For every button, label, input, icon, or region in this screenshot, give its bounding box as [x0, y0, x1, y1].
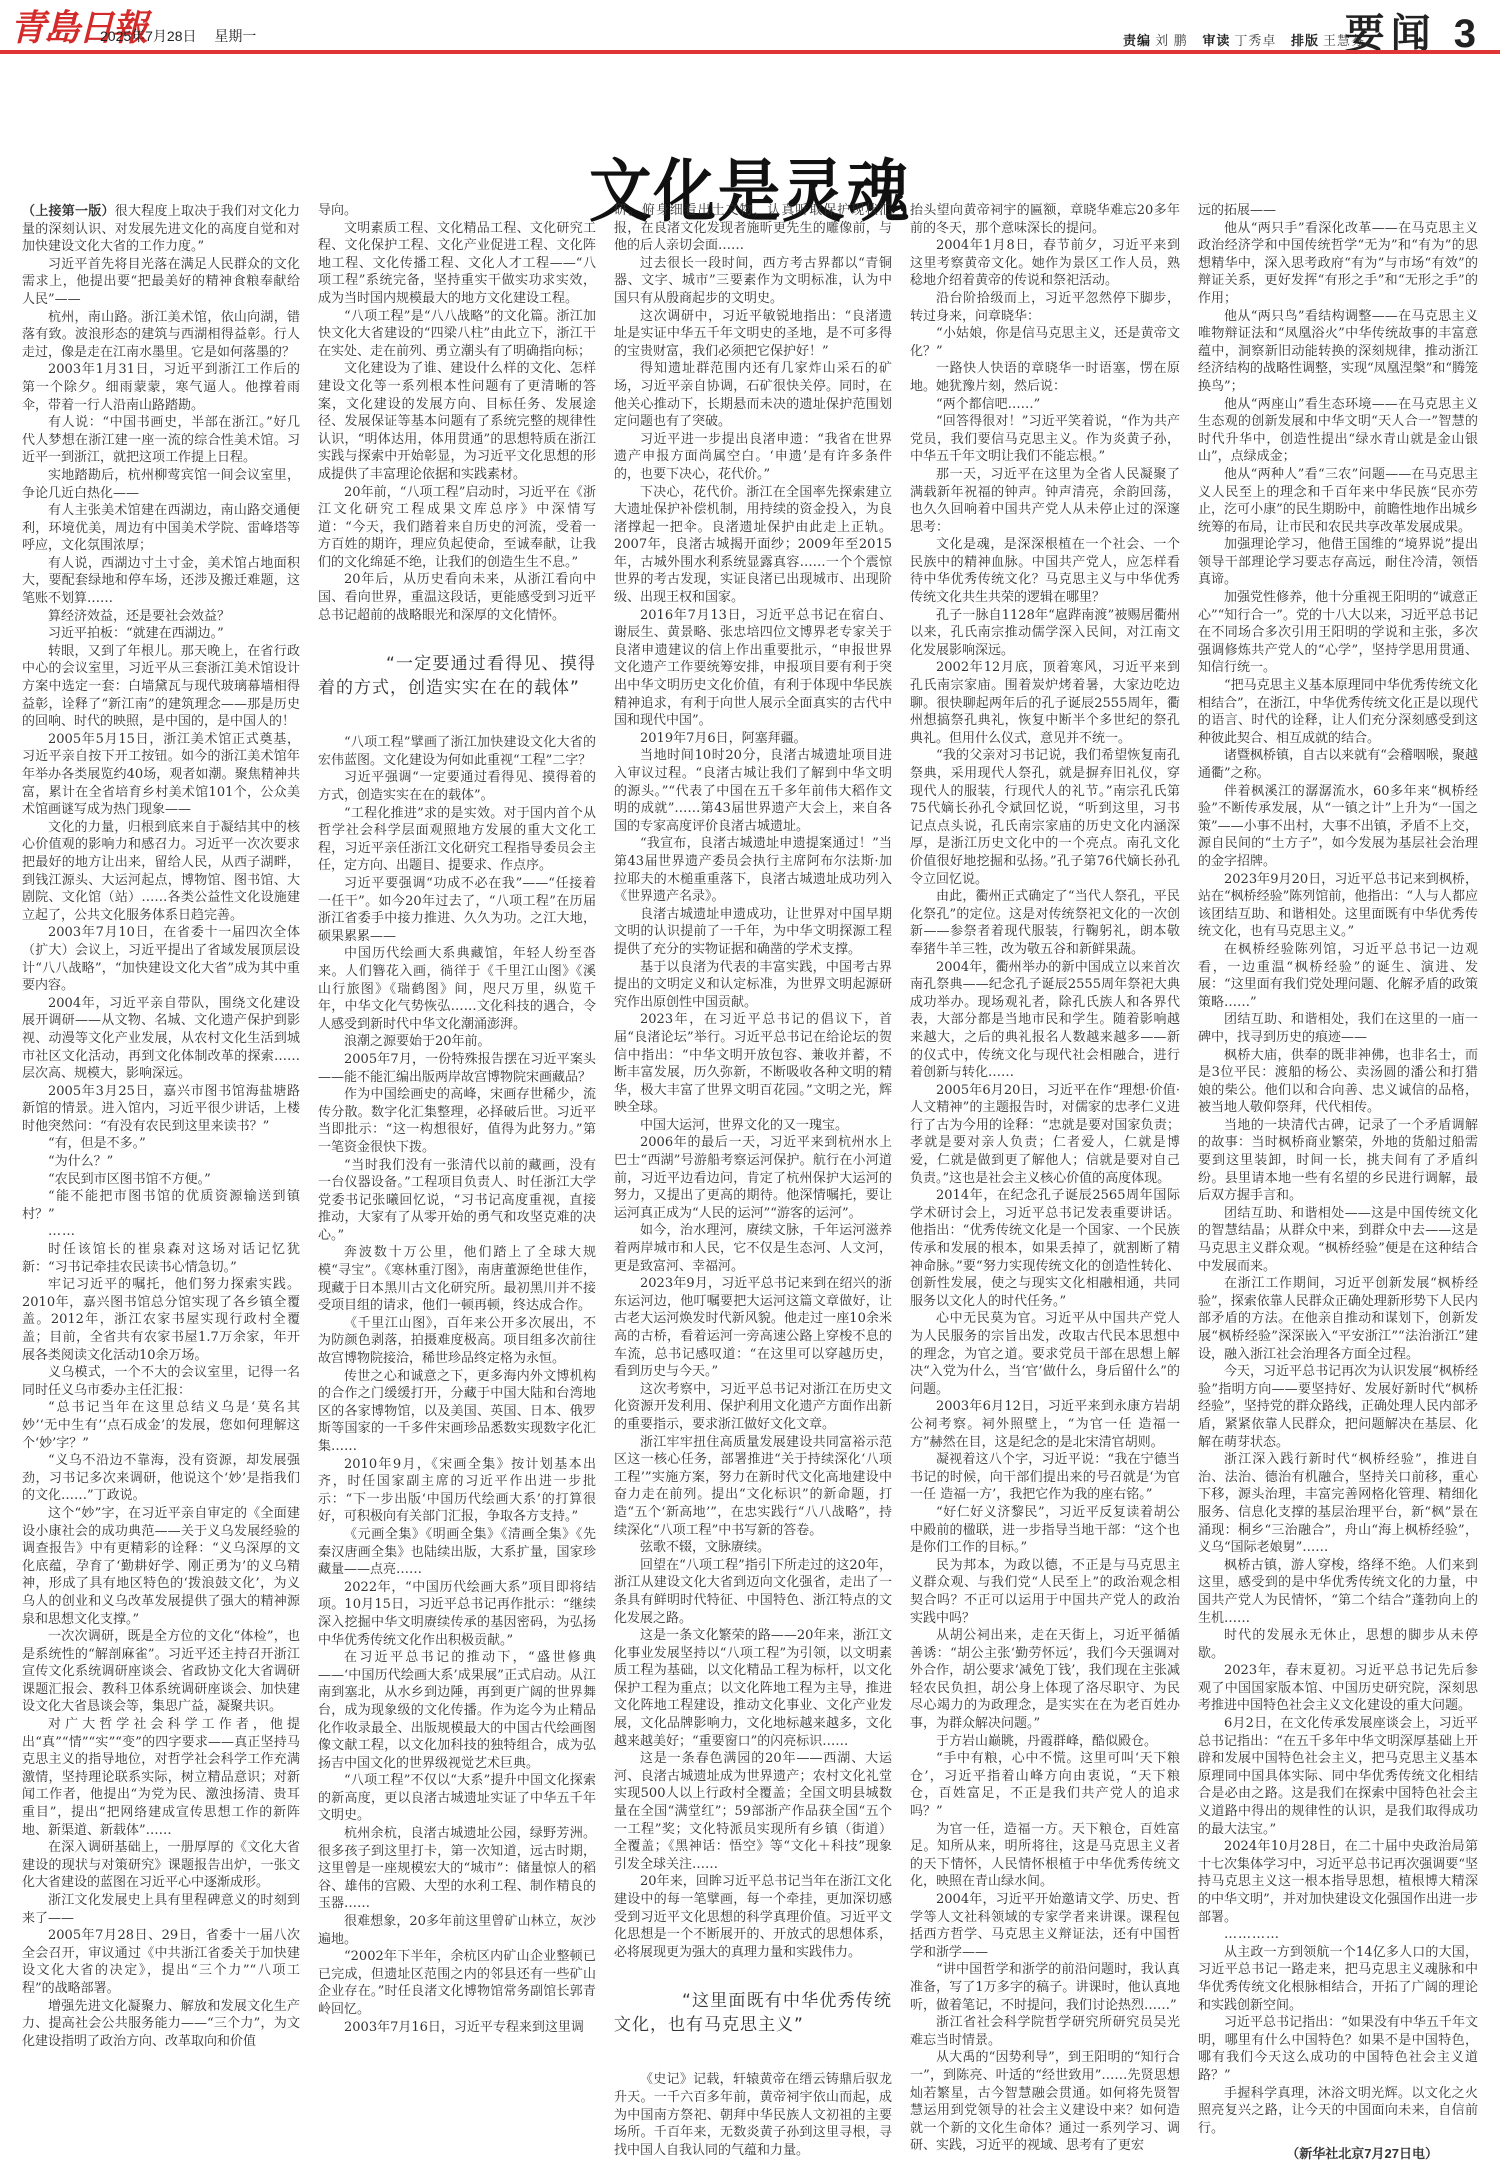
article-paragraph: “回答得很对！”习近平笑着说，“作为共产党员，我们要信马克思主义。作为炎黄子孙，…: [910, 413, 1180, 466]
article-paragraph: “把马克思主义基本原理同中华优秀传统文化相结合”，在浙江，中华优秀传统文化正是以…: [1198, 677, 1478, 747]
article-paragraph: 加强理论学习，他借王国维的“境界说”提出领导干部理论学习要志存高远，耐住冷清，领…: [1198, 536, 1478, 589]
article-paragraph: 习近平强调“一定要通过看得见、摸得着的方式，创造实实在在的载体”。: [318, 769, 596, 804]
article-paragraph: 这次考察中，习近平总书记对浙江在历史文化资源开发利用、保护利用文化遗产方面作出新…: [614, 1381, 892, 1434]
article-paragraph: 2024年10月28日，在二十届中央政治局第十七次集体学习中，习近平总书记再次强…: [1198, 1838, 1478, 1926]
article-paragraph: 孔子一脉自1128年“扈跸南渡”被赐居衢州以来，孔氏南宗推动儒学深入民间，对江南…: [910, 607, 1180, 660]
article-paragraph: 他从“两种人”看“三农”问题——在马克思主义人民至上的理念和千百年来中华民族“民…: [1198, 466, 1478, 536]
article-paragraph: 算经济效益，还是要社会效益？: [22, 608, 300, 626]
article-paragraph: 在浙江工作期间，习近平创新发展“枫桥经验”，探索依靠人民群众正确处理新形势下人民…: [1198, 1275, 1478, 1363]
article-paragraph: 今天，习近平总书记再次为认识发展“枫桥经验”指明方向——要坚持好、发展好新时代“…: [1198, 1363, 1478, 1451]
article-paragraph: 《元画全集》《明画全集》《清画全集》《先秦汉唐画全集》也陆续出版，大系扩量，国家…: [318, 1526, 596, 1579]
article-paragraph: 加强党性修养，他十分重视王阳明的“诚意正心”“知行合一”。党的十八大以来，习近平…: [1198, 589, 1478, 677]
article-paragraph: 很难想象，20多年前这里曾矿山林立，灰沙遍地。: [318, 1913, 596, 1948]
article-paragraph: “农民到市区图书馆不方便。”: [22, 1171, 300, 1189]
article-paragraph: 对广大哲学社会科学工作者，他提出“真”“情”“实”“变”的四字要求——真正坚持马…: [22, 1716, 300, 1839]
article-paragraph: “工程化推进”求的是实效。对于国内首个从哲学社会科学层面观照地方发展的重大文化工…: [318, 805, 596, 875]
article-column-4: 抬头望向黄帝祠宇的匾额，章晓华难忘20多年前的冬天，那个意味深长的提问。2004…: [910, 202, 1180, 2155]
article-paragraph: “两个都信吧……”: [910, 396, 1180, 414]
article-paragraph: 伴着枫溪江的潺潺流水，60多年来“枫桥经验”不断传承发展，从“一镇之计”上升为“…: [1198, 783, 1478, 871]
article-paragraph: 实地踏勘后，杭州柳莺宾馆一间会议室里，争论几近白热化——: [22, 467, 300, 502]
article-paragraph: 2005年6月20日，习近平在作“理想·价值·人文精神”的主题报告时，对儒家的忠…: [910, 1082, 1180, 1188]
article-paragraph: 团结互助、和谐相处——这是中国传统文化的智慧结晶；从群众中来，到群众中去——这是…: [1198, 1205, 1478, 1275]
article-paragraph: 从胡公祠出来，走在天街上，习近平循循善诱：“胡公主张‘勤劳怀远’，我们今天强调对…: [910, 1627, 1180, 1733]
article-paragraph: 手握科学真理，沐浴文明光辉。以文化之火照亮复兴之路，让今天的中国面向未来，自信前…: [1198, 2085, 1478, 2138]
article-paragraph: 如今，治水理河，赓续文脉，千年运河滋养着两岸城市和人民，它不仅是生态河、人文河，…: [614, 1222, 892, 1275]
article-paragraph: 由此，衢州正式确定了“当代人祭孔，平民化祭孔”的定位。这是对传统祭祀文化的一次创…: [910, 888, 1180, 958]
article-paragraph: 一次次调研，既是全方位的文化“体检”，也是系统性的“解剖麻雀”。习近平还主持召开…: [22, 1628, 300, 1716]
article-paragraph: “八项工程”不仅以“大系”提升中国文化探索的新高度，更以良渚古城遗址实证了中华五…: [318, 1772, 596, 1825]
article-paragraph: “我宣布，良渚古城遗址申遗提案通过！”当第43届世界遗产委员会执行主席阿布尔法斯…: [614, 835, 892, 905]
article-paragraph: 习近平进一步提出良渚申遗：“我省在世界遗产申报方面尚属空白。‘申遗’是有许多条件…: [614, 431, 892, 484]
article-paragraph: 《史记》记载，轩辕黄帝在缙云铸鼎后驭龙升天。一千六百多年前，黄帝祠宇依山而起，成…: [614, 2071, 892, 2159]
article-paragraph: 文化建设为了谁、建设什么样的文化、怎样建设文化等一系列根本性问题有了更清晰的答案…: [318, 360, 596, 483]
masthead-divider: [0, 50, 1500, 54]
article-paragraph: 浙江深入践行新时代“枫桥经验”，推进自治、法治、德治有机融合，坚持关口前移，重心…: [1198, 1451, 1478, 1557]
article-paragraph: 2019年7月6日，阿塞拜疆。: [614, 730, 892, 748]
article-paragraph: 杭州，南山路。浙江美术馆，依山向湖，错落有致。波浪形态的建筑与西湖相得益彰。行人…: [22, 309, 300, 362]
article-paragraph: “八项工程”是“八八战略”的文化篇。浙江加快文化大省建设的“四梁八柱”由此立下，…: [318, 308, 596, 361]
article-paragraph: “义乌不沿边不靠海，没有资源，却发展强劲，习书记多次来调研，他说这个‘妙’是指我…: [22, 1452, 300, 1505]
article-paragraph: 这是一条春色满园的20年——西湖、大运河、良渚古城遗址成为世界遗产；农村文化礼堂…: [614, 1750, 892, 1873]
article-paragraph: 团结互助、和谐相处，我们在这里的一庙一碑中，找寻到历史的痕迹——: [1198, 1011, 1478, 1046]
masthead: 青島日報 2025年7月28日 星期一 责编刘 鹏 审读丁秀卓 排版王慧芬 要闻…: [0, 0, 1500, 52]
article-paragraph: 弦歌不辍，文脉赓续。: [614, 1539, 892, 1557]
article-paragraph: 2023年，春末夏初。习近平总书记先后参观了中国国家版本馆、中国历史研究院，深刻…: [1198, 1662, 1478, 1715]
article-paragraph: 2003年6月12日，习近平来到永康方岩胡公祠考察。祠外照壁上，“为官一任 造福…: [910, 1398, 1180, 1451]
article-paragraph: 中国大运河，世界文化的又一瑰宝。: [614, 1117, 892, 1135]
article-paragraph: 为官一任，造福一方。天下粮仓，百姓富足。知所从来，明所将往，这是马克思主义者的天…: [910, 1821, 1180, 1891]
article-paragraph: 习近平要强调“功成不必在我”——“任接着一任干”。如今20年过去了，“八项工程”…: [318, 875, 596, 945]
article-paragraph: （上接第一版）很大程度上取决于我们对文化力量的深刻认识、对发展先进文化的高度自觉…: [22, 202, 300, 256]
credit-label: 审读: [1202, 33, 1230, 48]
article-paragraph: 2006年的最后一天，习近平来到杭州水上巴士“西湖”号游船考察运河保护。航行在小…: [614, 1134, 892, 1222]
issue-date: 2025年7月28日: [100, 28, 197, 44]
article-paragraph: 2023年9月，习近平总书记来到在绍兴的浙东运河边，他叮嘱要把大运河这篇文章做好…: [614, 1275, 892, 1381]
article-paragraph: 心中无民莫为官。习近平从中国共产党人为人民服务的宗旨出发，改取古代民本思想中的理…: [910, 1310, 1180, 1398]
continued-from-marker: （上接第一版）: [22, 203, 115, 218]
article-paragraph: 基于以良渚为代表的丰富实践，中国考古界提出的文明定义和认定标准，为世界文明起源研…: [614, 959, 892, 1012]
article-paragraph: 在深入调研基础上，一册厚厚的《文化大省建设的现状与对策研究》课题报告出炉，一张文…: [22, 1839, 300, 1892]
article-paragraph: 6月2日，在文化传承发展座谈会上，习近平总书记指出：“在五千多年中华文明深厚基础…: [1198, 1715, 1478, 1838]
article-paragraph: 2014年，在纪念孔子诞辰2565周年国际学术研讨会上，习近平总书记发表重要讲话…: [910, 1187, 1180, 1310]
article-paragraph: 2002年12月底，顶着寒风，习近平来到孔氏南宗家庙。围着炭炉烤着暑，大家边吃边…: [910, 659, 1180, 747]
article-paragraph: 浙江牢牢扭住高质量发展建设共同富裕示范区这一核心任务，部署推进“关于持续深化‘八…: [614, 1434, 892, 1540]
article-paragraph: 回望在“八项工程”指引下所走过的这20年，浙江从建设文化大省到迈向文化强省，走出…: [614, 1557, 892, 1627]
article-paragraph: 有人说：“中国书画史，半部在浙江。”好几代人梦想在浙江建一座一流的综合性美术馆。…: [22, 414, 300, 467]
article-paragraph: 2022年，“中国历代绘画大系”项目即将结项。10月15日，习近平总书记再作批示…: [318, 1579, 596, 1649]
credit-name: 丁秀卓: [1234, 33, 1276, 48]
section-subheading: “一定要通过看得见、摸得着的方式，创造实实在在的载体”: [318, 652, 596, 700]
article-paragraph: 浙江文化发展史上具有里程碑意义的时刻到来了——: [22, 1892, 300, 1927]
article-paragraph: 时任该馆长的崔泉森对这场对话记忆犹新：“习书记牵挂农民读书心情急切。”: [22, 1241, 300, 1276]
article-paragraph: 2005年7月，一份特殊报告摆在习近平案头——能不能汇编出版两岸故宫博物院宋画藏…: [318, 1051, 596, 1086]
article-paragraph: 下决心，花代价。浙江在全国率先探索建立大遗址保护补偿机制，用持续的资金投入，为良…: [614, 484, 892, 607]
article-paragraph: 2004年，习近平亲自带队，围绕文化建设展开调研——从文物、名城、文化遗产保护到…: [22, 995, 300, 1083]
article-paragraph: 过去很长一段时间，西方考古界都以“青铜器、文字、城市”三要素作为文明标准，认为中…: [614, 255, 892, 308]
article-paragraph: 在习近平总书记的推动下，“盛世修典——‘中国历代绘画大系’成果展”正式启动。从江…: [318, 1649, 596, 1772]
article-paragraph: 沿台阶拾级而上，习近平忽然停下脚步，转过身来，问章晓华：: [910, 290, 1180, 325]
article-paragraph: 在枫桥经验陈列馆，习近平总书记一边观看，一边重温“枫桥经验”的诞生、演进、发展：…: [1198, 941, 1478, 1011]
article-paragraph: 民为邦本，为政以德，不正是与马克思主义群众观、与我们党“人民至上”的政治观念相契…: [910, 1557, 1180, 1627]
article-paragraph: 有人说，西湖边寸土寸金，美术馆占地面积大，要配套绿地和停车场，还涉及搬迁难题，这…: [22, 555, 300, 608]
dateline: 2025年7月28日 星期一: [100, 26, 270, 46]
article-paragraph: 浙江省社会科学院哲学研究所研究员吴光难忘当时情景。: [910, 2014, 1180, 2049]
article-paragraph: 2010年9月，《宋画全集》按计划基本出齐，时任国家副主席的习近平作出进一步批示…: [318, 1456, 596, 1526]
article-paragraph: 传世之心和诚意之下，更多海内外文博机构的合作之门缓缓打开，分藏于中国大陆和台湾地…: [318, 1368, 596, 1456]
article-paragraph: 当地时间10时20分，良渚古城遗址项目进入审议过程。“良渚古城让我们了解到中华文…: [614, 747, 892, 835]
article-paragraph: “当时我们没有一张清代以前的藏画，没有一台仪器设备。”工程项目负责人、时任浙江大…: [318, 1157, 596, 1245]
article-paragraph: 习近平拍板：“就建在西湖边。”: [22, 625, 300, 643]
article-paragraph: 抬头望向黄帝祠宇的匾额，章晓华难忘20多年前的冬天，那个意味深长的提问。: [910, 202, 1180, 237]
article-paragraph: 良渚古城遗址申遗成功，让世界对中国早期文明的认识提前了一千年，为中华文明探源工程…: [614, 906, 892, 959]
article-paragraph: 牢记习近平的嘱托，他们努力探索实践。2010年，嘉兴图书馆总分馆实现了各乡镇全覆…: [22, 1276, 300, 1364]
article-paragraph: 导向。: [318, 202, 596, 220]
article-paragraph: 20年前，“八项工程”启动时，习近平在《浙江文化研究工程成果文库总序》中深情写道…: [318, 484, 596, 572]
article-paragraph: 20年后，从历史看向未来，从浙江看向中国、看向世界，重温这段话，更能感受到习近平…: [318, 571, 596, 624]
article-paragraph: 20年来，回眸习近平总书记当年在浙江文化建设中的每一笔擘画，每一个牵挂，更加深切…: [614, 1873, 892, 1961]
article-paragraph: “好仁好义济黎民”，习近平反复读着胡公中殿前的楹联，进一步指导当地干部：“这个也…: [910, 1504, 1180, 1557]
article-paragraph: 2004年1月8日，春节前夕，习近平来到这里考察黄帝文化。她作为景区工作人员，熟…: [910, 237, 1180, 290]
article-paragraph: 2004年，衢州举办的新中国成立以来首次南孔祭典——纪念孔子诞辰2555周年祭祀…: [910, 959, 1180, 1082]
article-paragraph: 义乌模式，一个不大的会议室里，记得一名同时任义乌市委办主任汇报：: [22, 1364, 300, 1399]
article-paragraph: 转眼，又到了年根儿。那天晚上，在省行政中心的会议室里，习近平从三套浙江美术馆设计…: [22, 643, 300, 731]
article-paragraph: 他从“两座山”看生态环境——在马克思主义生态观的创新发展和中华文明“天人合一”智…: [1198, 396, 1478, 466]
article-paragraph: 2005年5月15日，浙江美术馆正式奠基，习近平亲自按下开工按钮。如今的浙江美术…: [22, 731, 300, 819]
article-paragraph: 文明素质工程、文化精品工程、文化研究工程、文化保护工程、文化产业促进工程、文化阵…: [318, 220, 596, 308]
article-column-2: 导向。文明素质工程、文化精品工程、文化研究工程、文化保护工程、文化产业促进工程、…: [318, 202, 596, 2036]
credit-label: 责编: [1123, 33, 1151, 48]
article-paragraph: “有，但是不多。”: [22, 1135, 300, 1153]
article-paragraph: 当地的一块清代古碑，记录了一个矛盾调解的故事：当时枫桥商业繁荣，外地的货船过船需…: [1198, 1117, 1478, 1205]
article-paragraph: 从主政一方到领航一个14亿多人口的大国，习近平总书记一路走来，把马克思主义魂脉和…: [1198, 1944, 1478, 2014]
article-paragraph: 2016年7月13日，习近平总书记在宿白、谢辰生、黄景略、张忠培四位文博界老专家…: [614, 607, 892, 730]
article-paragraph: 凝视着这八个字，习近平说：“我在宁德当书记的时候，向干部们提出来的号召就是‘为官…: [910, 1451, 1180, 1504]
credit-name: 刘 鹏: [1155, 33, 1188, 48]
article-paragraph: 增强先进文化凝聚力、解放和发展文化生产力、提高社会公共服务能力——“三个力”，为…: [22, 1998, 300, 2051]
article-paragraph: 时代的发展永无休止，思想的脚步从未停歇。: [1198, 1627, 1478, 1662]
article-paragraph: 2004年，习近平开始邀请文学、历史、哲学等人文社科领域的专家学者来讲课。课程包…: [910, 1891, 1180, 1961]
section-subheading: “这里面既有中华优秀传统文化，也有马克思主义”: [614, 1989, 892, 2037]
article-paragraph: 他从“两只手”看深化改革——在马克思主义政治经济学和中国传统哲学“无为”和“有为…: [1198, 220, 1478, 308]
article-paragraph: 研。俯身细看出土文物，认真听取保护现状汇报，在良渚文化发现者施昕更先生的雕像前，…: [614, 202, 892, 255]
article-paragraph: “总书记当年在这里总结义乌是‘莫名其妙’‘无中生有’‘点石成金’的发展，您如何理…: [22, 1399, 300, 1452]
article-paragraph: 作为中国绘画史的高峰，宋画存世稀少，流传分散。数字化汇集整理，必择破后世。习近平…: [318, 1086, 596, 1156]
article-paragraph: 2003年1月31日，习近平到浙江工作后的第一个除夕。细雨蒙蒙，寒气逼人。他撑着…: [22, 361, 300, 414]
article-column-3: 研。俯身细看出土文物，认真听取保护现状汇报，在良渚文化发现者施昕更先生的雕像前，…: [614, 202, 892, 2159]
credit-label: 排版: [1291, 33, 1319, 48]
article-paragraph: 2023年9月20日，习近平总书记来到枫桥，站在“枫桥经验”陈列馆前，他指出：“…: [1198, 871, 1478, 941]
article-paragraph: 浪潮之源要始于20年前。: [318, 1033, 596, 1051]
article-paragraph: …………: [1198, 1926, 1478, 1944]
article-column-1: （上接第一版）很大程度上取决于我们对文化力量的深刻认识、对发展先进文化的高度自觉…: [22, 202, 300, 2050]
editor-credits: 责编刘 鹏 审读丁秀卓 排版王慧芬: [1113, 30, 1365, 49]
article-paragraph: ……: [22, 1223, 300, 1241]
article-paragraph: 得知遗址群范围内还有几家炸山采石的矿场，习近平亲自协调，石矿很快关停。同时，在他…: [614, 360, 892, 430]
article-paragraph: 文化的力量，归根到底来自于凝结其中的核心价值观的影响力和感召力。习近平一次次要求…: [22, 819, 300, 925]
article-paragraph: 枫桥古镇，游人穿梭，络绎不绝。人们来到这里，感受到的是中华优秀传统文化的力量，中…: [1198, 1557, 1478, 1627]
article-paragraph: 诸暨枫桥镇，自古以来就有“会稽咽喉，聚越通衢”之称。: [1198, 747, 1478, 782]
article-paragraph: 《千里江山图》，百年来公开多次展出，不为防颜色剥落，拍摄难度极高。项目组多次前往…: [318, 1315, 596, 1368]
article-paragraph: 2003年7月16日，习近平专程来到这里调: [318, 2019, 596, 2037]
article-paragraph: 杭州余杭，良渚古城遗址公园，绿野芳洲。很多孩子到这里打卡，第一次知道，远古时期，…: [318, 1825, 596, 1913]
article-paragraph: 一路快人快语的章晓华一时语塞，愣在原地。她犹豫片刻，然后说：: [910, 360, 1180, 395]
article-paragraph: “小姑娘，你是信马克思主义，还是黄帝文化？”: [910, 325, 1180, 360]
article-paragraph: 他从“两只鸟”看结构调整——在马克思主义唯物辩证法和“凤凰浴火”中华传统故事的丰…: [1198, 308, 1478, 396]
article-paragraph: “手中有粮，心中不慌。这里可叫‘天下粮仓’，习近平指着山峰方向由衷说，“天下粮仓…: [910, 1750, 1180, 1820]
article-paragraph: 远的拓展——: [1198, 202, 1478, 220]
article-paragraph: 于方岩山巅眺，丹霞群峰，酷似殿仓。: [910, 1733, 1180, 1751]
article-paragraph: 奔波数十万公里，他们踏上了全球大规模“寻宝”。《寒林重汀图》，南唐董源绝世佳作，…: [318, 1244, 596, 1314]
article-paragraph: 从大禹的“因势利导”，到王阳明的“知行合一”，到陈亮、叶适的“经世致用”……先贤…: [910, 2049, 1180, 2155]
article-paragraph: 2005年3月25日，嘉兴市图书馆海盐塘路新馆的情景。进入馆内，习近平很少讲话，…: [22, 1083, 300, 1136]
article-paragraph: 文化是魂，是深深根植在一个社会、一个民族中的精神血脉。中国共产党人，应怎样看待中…: [910, 536, 1180, 606]
article-paragraph: 习近平首先将目光落在满足人民群众的文化需求上，他提出要“把最美好的精神食粮奉献给…: [22, 256, 300, 309]
article-paragraph: 有人主张美术馆建在西湖边，南山路交通便利，环境优美，周边有中国美术学院、雷峰塔等…: [22, 502, 300, 555]
article-paragraph: 2023年，在习近平总书记的倡议下，首届“良渚论坛”举行。习近平总书记在给论坛的…: [614, 1011, 892, 1117]
dateline-signoff: （新华社北京7月27日电）: [1198, 2145, 1478, 2163]
article-paragraph: 枫桥大庙，供奉的既非神佛，也非名士，而是3位平民：渡船的杨公、卖汤圆的潘公和打猎…: [1198, 1047, 1478, 1117]
issue-weekday: 星期一: [214, 28, 256, 44]
article-paragraph: 那一天，习近平在这里为全省人民凝聚了满载新年祝福的钟声。钟声清亮，余韵回荡，也久…: [910, 466, 1180, 536]
article-paragraph: 习近平总书记指出：“如果没有中华五千年文明，哪里有什么中国特色？如果不是中国特色…: [1198, 2014, 1478, 2084]
article-paragraph: “讲中国哲学和浙学的前沿问题时，我认真准备，写了1万多字的稿子。讲课时，他认真地…: [910, 1961, 1180, 2014]
article-paragraph: 2003年7月10日，在省委十一届四次全体（扩大）会议上，习近平提出了省域发展顶…: [22, 924, 300, 994]
article-paragraph: “2002年下半年，余杭区内矿山企业整顿已已完成，但遗址区范围之内的邻县还有一些…: [318, 1948, 596, 2018]
article-paragraph: “我的父亲对习书记说，我们希望恢复南孔祭典，采用现代人祭孔，就是摒弃旧礼仪，穿现…: [910, 747, 1180, 888]
article-paragraph: 这是一条文化繁荣的路——20年来，浙江文化事业发展坚持以“八项工程”为引领，以文…: [614, 1627, 892, 1750]
article-paragraph: “能不能把市图书馆的优质资源输送到镇村？”: [22, 1188, 300, 1223]
article-paragraph: “为什么？”: [22, 1153, 300, 1171]
article-paragraph: 中国历代绘画大系典藏馆，年轻人纷至沓来。人们簪花入画，徜徉于《千里江山图》《溪山…: [318, 945, 596, 1033]
article-paragraph: “八项工程”擘画了浙江加快建设文化大省的宏伟蓝图。文化建设为何如此重视“工程”二…: [318, 734, 596, 769]
article-paragraph: 2005年7月28日、29日，省委十一届八次全会召开，审议通过《中共浙江省委关于…: [22, 1927, 300, 1997]
article-paragraph: 这次调研中，习近平敏锐地指出：“良渚遗址是实证中华五千年文明史的圣地，是不可多得…: [614, 308, 892, 361]
article-column-5: 远的拓展——他从“两只手”看深化改革——在马克思主义政治经济学和中国传统哲学“无…: [1198, 202, 1478, 2163]
article-paragraph: 这个“妙”字，在习近平亲自审定的《全面建设小康社会的成功典范——关于义乌发展经验…: [22, 1505, 300, 1628]
